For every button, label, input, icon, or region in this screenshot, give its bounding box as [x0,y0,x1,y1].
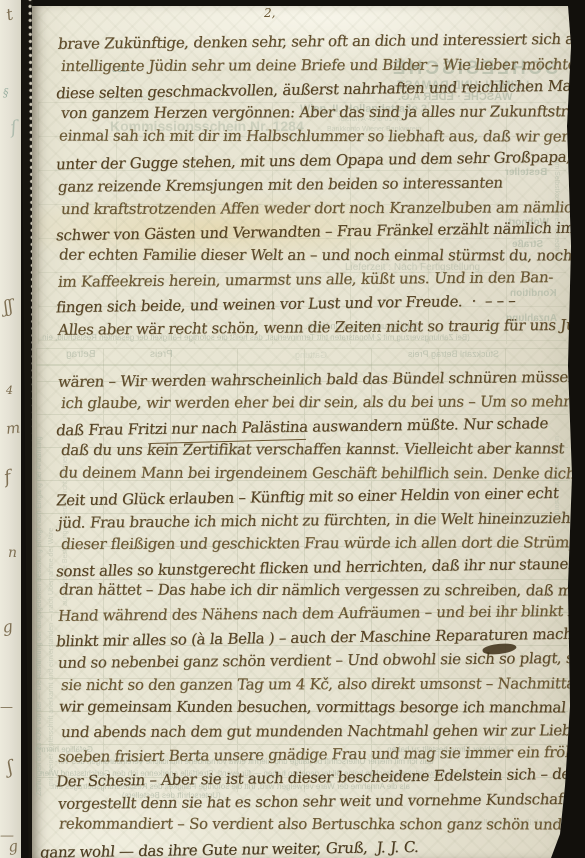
handwritten-line: einmal sah ich mit dir im Halbschlummer … [58,125,572,150]
margin-ink-fragment: ʃʃ [2,296,15,317]
margin-ink-fragment: g [1,616,14,636]
margin-ink-fragment: m [5,419,21,438]
handwriting-paragraph-2: wären – Wir werden wahrscheinlich bald d… [58,368,572,858]
margin-ink-fragment: — [0,700,13,715]
ghost-print-fragment: Preis [150,349,173,360]
margin-ink-fragment: § [3,86,9,99]
handwritten-line: dran hättet – Das habe ich dir nämlich v… [58,578,572,602]
ghost-print-fragment: Gattung [295,350,327,360]
ghost-print-fragment: Betrag [66,349,95,360]
handwritten-line: rekommandiert – So verdient also Bertusc… [58,813,572,837]
handwritten-line: Alles aber wär recht schön, wenn die Zei… [57,313,572,342]
handwriting-paragraph-1: brave Zukünftige, denken sehr, sehr oft … [58,30,572,339]
handwritten-line: dieser fleißigen und geschickten Frau wü… [60,531,572,556]
margin-ink-fragment: t [4,4,15,24]
margin-ink-fragment: 4 [6,384,13,397]
margin-ink-fragment: ſ [9,117,19,139]
handwritten-line: und abends nach dem gut mundenden Nachtm… [60,719,572,744]
handwritten-line: intelligente Jüdin sehr um deine Briefe … [60,53,572,79]
handwritten-line: wir gemeinsam Kunden besuchen, vormittag… [58,696,572,720]
ghost-print-fragment: Zahlungen bis zu 40% von der — Die Ausfü… [36,436,43,796]
ghost-print-fragment: Stückzahl Betrag Preis [408,349,499,359]
margin-ink-fragment: ʃ [5,757,15,779]
margin-ink-fragment: g [7,837,19,856]
ghost-print-fragment: mit meiner Unterschrift anerkannt und ei… [48,528,55,786]
letter-page: SCHLESISCHELEINEN- UND DAMAST-WÄSCHE · E… [32,6,572,858]
letter-scan: t§ſʃʃ4mfng—ʃ—g SCHLESISCHELEINEN- UND DA… [0,0,585,858]
margin-ink-fragment: n [8,545,17,561]
adjacent-page-strip: t§ſʃʃ4mfng—ʃ—g [0,0,21,858]
handwritten-line: daß du uns kein Zertifikat verschaffen k… [60,437,572,462]
margin-ink-fragment: f [2,467,13,489]
handwritten-line: ganz reizende Kremsjungen mit den beiden… [57,170,572,199]
handwritten-line: sie nicht so den ganzen Tag um 4 Kč, als… [60,672,572,697]
handwritten-line: brave Zukünftige, denken sehr, sehr oft … [57,27,572,56]
page-number: 2, [264,6,275,20]
handwritten-line: der echten Familie dieser Welt an – und … [58,244,572,269]
handwritten-line: von ganzem Herzen vergönnen: Aber das si… [60,100,572,126]
